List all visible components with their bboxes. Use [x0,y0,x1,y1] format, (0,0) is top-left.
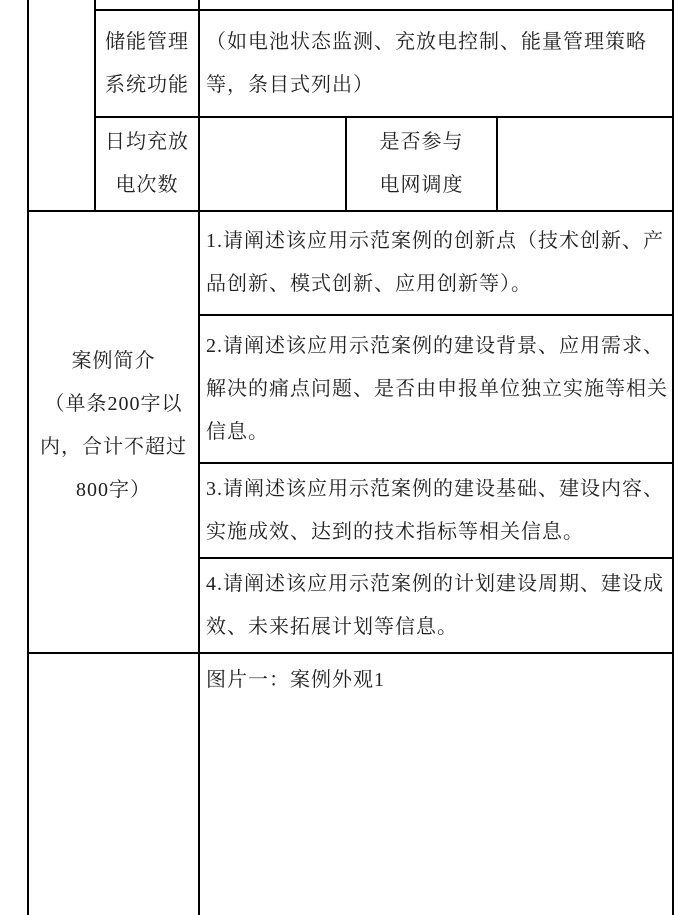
case-intro-item-2: 2.请阐述该应用示范案例的建设背景、应用需求、 解决的痛点问题、是否由申报单位独… [206,325,668,454]
case-intro-item-3-cell: 3.请阐述该应用示范案例的建设基础、建设内容、 实施成效、达到的技术指标等相关信… [199,463,673,558]
picture-caption-cell: 图片一：案例外观1 [199,653,673,915]
case-intro-item-1: 1.请阐述该应用示范案例的创新点（技术创新、产 品创新、模式创新、应用创新等）。 [206,220,664,306]
storage-mgmt-desc-cell: （如电池状态监测、充放电控制、能量管理策略 等，条目式列出） [199,10,673,117]
case-intro-item-2-cell: 2.请阐述该应用示范案例的建设背景、应用需求、 解决的痛点问题、是否由申报单位独… [199,315,673,463]
daily-cycles-value-cell [199,117,346,211]
storage-mgmt-label-cell: 储能管理 系统功能 [95,10,199,117]
grid-dispatch-label-cell: 是否参与 电网调度 [346,117,497,211]
category-merged-cell-empty [28,0,95,211]
case-intro-label: 案例简介 （单条200字以 内，合计不超过 800字） [40,340,187,512]
case-intro-item-4: 4.请阐述该应用示范案例的计划建设周期、建设成 效、未来拓展计划等信息。 [206,563,664,649]
storage-mgmt-label: 储能管理 系统功能 [105,21,189,107]
case-intro-item-1-cell: 1.请阐述该应用示范案例的创新点（技术创新、产 品创新、模式创新、应用创新等）。 [199,211,673,315]
storage-mgmt-desc: （如电池状态监测、充放电控制、能量管理策略 等，条目式列出） [206,21,647,107]
picture-caption: 图片一：案例外观1 [206,659,385,702]
picture-row-left-cell-empty [28,653,199,915]
daily-cycles-label-cell: 日均充放 电次数 [95,117,199,211]
case-intro-item-3: 3.请阐述该应用示范案例的建设基础、建设内容、 实施成效、达到的技术指标等相关信… [206,468,664,554]
case-intro-label-cell: 案例简介 （单条200字以 内，合计不超过 800字） [28,211,199,653]
daily-cycles-label: 日均充放 电次数 [105,121,189,207]
case-intro-item-4-cell: 4.请阐述该应用示范案例的计划建设周期、建设成 效、未来拓展计划等信息。 [199,558,673,653]
document-page: 储能管理 系统功能 （如电池状态监测、充放电控制、能量管理策略 等，条目式列出）… [0,0,700,915]
grid-dispatch-label: 是否参与 电网调度 [380,121,464,207]
grid-dispatch-value-cell [497,117,673,211]
